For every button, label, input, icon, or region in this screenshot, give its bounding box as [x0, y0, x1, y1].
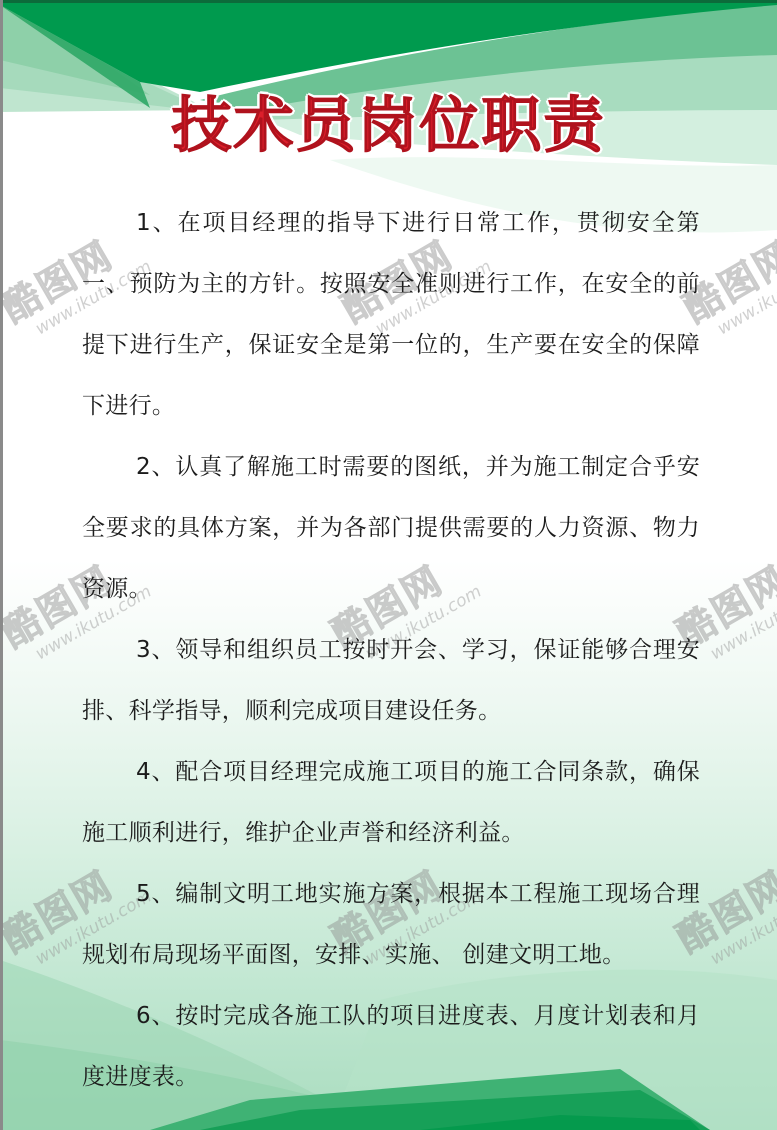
duty-item-4: 4、配合项目经理完成施工项目的施工合同条款，确保施工顺利进行，维护企业声誉和经济… — [82, 742, 700, 864]
duties-list: 1、在项目经理的指导下进行日常工作，贯彻安全第一、预防为主的方针。按照安全准则进… — [82, 193, 700, 1108]
duty-item-2: 2、认真了解施工时需要的图纸，并为施工制定合乎安全要求的具体方案，并为各部门提供… — [82, 437, 700, 620]
duty-item-3: 3、领导和组织员工按时开会、学习，保证能够合理安排、科学指导，顺利完成项目建设任… — [82, 620, 700, 742]
duty-item-6: 6、按时完成各施工队的项目进度表、月度计划表和月度进度表。 — [82, 986, 700, 1108]
left-border — [0, 0, 3, 1130]
duty-item-5: 5、编制文明工地实施方案，根据本工程施工现场合理规划布局现场平面图，安排、实施、… — [82, 864, 700, 986]
poster: 酷图网 www.ikutu.com 酷图网 www.ikutu.com 酷图网 … — [0, 0, 777, 1130]
top-border — [0, 0, 777, 3]
poster-title: 技术员岗位职责 — [0, 78, 777, 164]
duty-item-1: 1、在项目经理的指导下进行日常工作，贯彻安全第一、预防为主的方针。按照安全准则进… — [82, 193, 700, 437]
